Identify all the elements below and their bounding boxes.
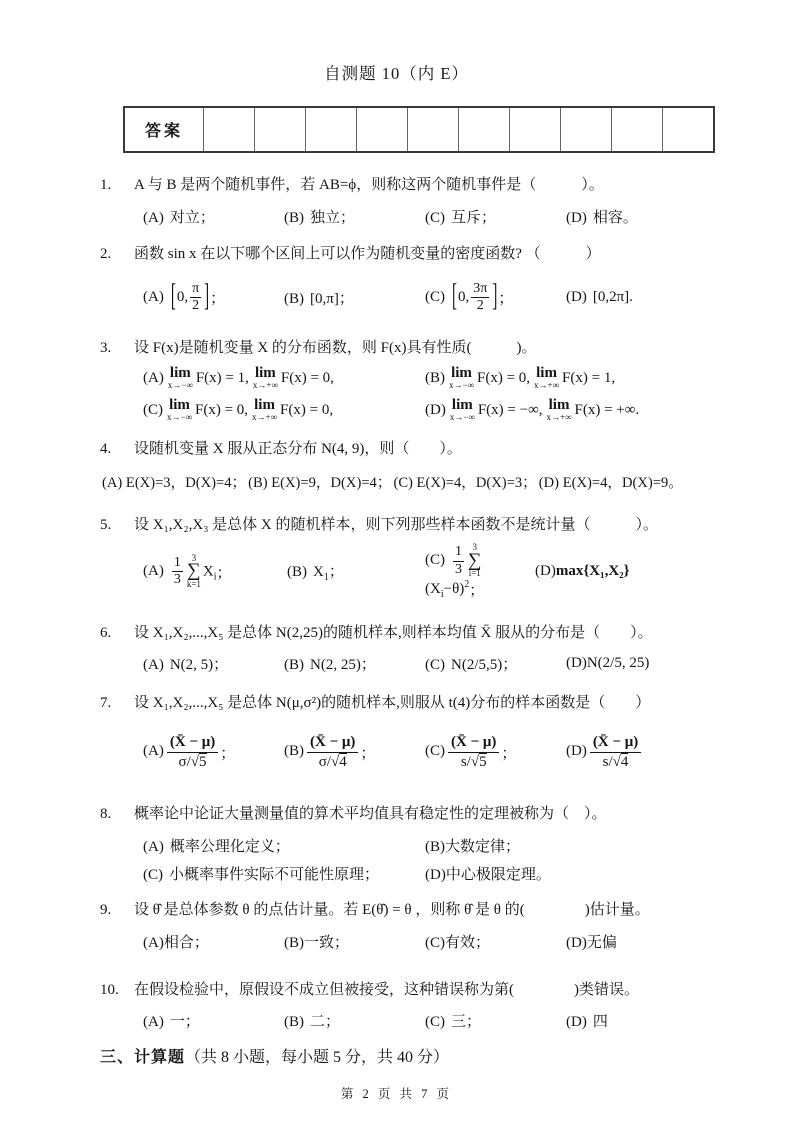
radical-sign: √ (471, 754, 479, 770)
question-10-stem: 10. 在假设检验中，原假设不成立但被接受，这种错误称为第( )类错误。 (100, 980, 735, 1002)
question-4-stem: 4. 设随机变量 X 服从正态分布 N(4, 9)，则（ ）。 (100, 439, 735, 461)
fraction: 3π2 (471, 281, 489, 314)
page: 自测题 10（内 E） 答案 1. A 与 B 是两个随机事件，若 AB=ϕ，则… (0, 0, 793, 1102)
question-3-options: (A) limx→−∞ F(x) = 1, limx→+∞ F(x) = 0, … (143, 366, 735, 423)
limit: limx→+∞ (547, 398, 572, 423)
option-d: (D)无偏 (566, 931, 617, 952)
option-d: (D)N(2/5, 25) (566, 655, 649, 672)
question-text: 在假设检验中，原假设不成立但被接受，这种错误称为第( )类错误。 (134, 980, 735, 1002)
question-2-options: (A)[0,π2]； (B)[0,π]； (C)[0,3π2]； (D)[0,2… (143, 272, 735, 324)
option-b: (B)[0,π]； (284, 287, 425, 308)
option-a: (A) limx→−∞ F(x) = 1, limx→+∞ F(x) = 0, (143, 366, 425, 391)
question-8: 8. 概率论中论证大量测量值的算术平均值具有稳定性的定理被称为（ ）。 (A)概… (100, 804, 735, 884)
limit: limx→−∞ (167, 398, 192, 423)
question-number: 1. (100, 175, 134, 197)
option-d: (D)[0,2π]. (566, 289, 633, 306)
answer-cell (357, 107, 408, 152)
question-10-options: (A)一； (B)二； (C)三； (D)四 (143, 1010, 735, 1031)
question-6-options: (A)N(2, 5)； (B)N(2, 25)； (C)N(2/5,5)； (D… (143, 653, 735, 674)
fraction: (X̄ − μ)σ/√4 (307, 733, 358, 772)
question-number: 3. (100, 338, 134, 360)
option-d: (D)四 (566, 1010, 608, 1031)
option-b: (B)独立； (284, 206, 425, 227)
option-b: (B)二； (284, 1010, 425, 1031)
fraction: (X̄ − μ)s/√4 (590, 733, 641, 772)
question-4: 4. 设随机变量 X 服从正态分布 N(4, 9)，则（ ）。 (A) E(X)… (100, 439, 735, 492)
section-heading: 三、计算题（共 8 小题，每小题 5 分，共 40 分） (100, 1044, 735, 1067)
question-3: 3. 设 F(x)是随机变量 X 的分布函数，则 F(x)具有性质( )。 (A… (100, 338, 735, 424)
question-1-stem: 1. A 与 B 是两个随机事件，若 AB=ϕ，则称这两个随机事件是（ ）。 (100, 175, 735, 197)
question-6-stem: 6. 设 X₁,X₂,...,X₅ 是总体 N(2,25)的随机样本,则样本均值… (100, 623, 735, 645)
option-a: (A)一； (143, 1010, 284, 1031)
answer-cell (204, 107, 255, 152)
question-number: 5. (100, 515, 134, 537)
option-c: (C)小概率事件实际不可能性原理； (143, 863, 425, 884)
question-8-options: (A)概率公理化定义； (B)大数定律； (C)小概率事件实际不可能性原理； (… (143, 835, 735, 884)
option-c: (C)有效； (425, 931, 566, 952)
question-5: 5. 设 X₁,X₂,X₃ 是总体 X 的随机样本，则下列那些样本函数不是统计量… (100, 515, 735, 600)
question-text: 设随机变量 X 服从正态分布 N(4, 9)，则（ ）。 (134, 439, 735, 461)
radical-sign: √ (191, 754, 199, 770)
question-5-options: (A)133∑k=1Xi； (B)X1； (C)133∑i=1(Xi−θ)2； … (143, 544, 735, 600)
fraction: 13 (172, 555, 183, 588)
answer-cell (561, 107, 612, 152)
answer-table-row: 答案 (124, 107, 714, 152)
answer-cell (612, 107, 663, 152)
option-a: (A)相合； (143, 931, 284, 952)
answer-table-label: 答案 (124, 107, 204, 152)
question-4-options: (A) E(X)=3，D(X)=4； (B) E(X)=9，D(X)=4； (C… (102, 471, 735, 492)
section-heading-title: 三、计算题 (100, 1049, 185, 1066)
question-text: 概率论中论证大量测量值的算术平均值具有稳定性的定理被称为（ ）。 (134, 804, 735, 826)
fraction: (X̄ − μ)σ/√5 (167, 733, 218, 772)
fraction: 13 (453, 544, 464, 577)
question-text: 设 F(x)是随机变量 X 的分布函数，则 F(x)具有性质( )。 (134, 338, 735, 360)
question-7: 7. 设 X₁,X₂,...,X₅ 是总体 N(μ,σ²)的随机样本,则服从 t… (100, 693, 735, 781)
question-10: 10. 在假设检验中，原假设不成立但被接受，这种错误称为第( )类错误。 (A)… (100, 980, 735, 1032)
limit: limx→−∞ (168, 366, 193, 391)
limit: limx→+∞ (253, 366, 278, 391)
option-a: (A)概率公理化定义； (143, 835, 425, 856)
answer-cell (459, 107, 510, 152)
option-c: (C) E(X)=4，D(X)=3； (393, 471, 536, 492)
question-text: A 与 B 是两个随机事件，若 AB=ϕ，则称这两个随机事件是（ ）。 (134, 175, 735, 197)
option-a: (A) E(X)=3，D(X)=4； (102, 471, 246, 492)
question-text: 设 X₁,X₂,...,X₅ 是总体 N(μ,σ²)的随机样本,则服从 t(4)… (134, 693, 735, 715)
question-2-stem: 2. 函数 sin x 在以下哪个区间上可以作为随机变量的密度函数? （ ） (100, 244, 735, 266)
question-6: 6. 设 X₁,X₂,...,X₅ 是总体 N(2,25)的随机样本,则样本均值… (100, 623, 735, 675)
question-text: 设 X₁,X₂,...,X₅ 是总体 N(2,25)的随机样本,则样本均值 X̄… (134, 623, 735, 645)
max-expression: max{X₁,X₂} (556, 563, 630, 579)
option-c: (C)(X̄ − μ)s/√5； (425, 733, 566, 772)
question-number: 9. (100, 900, 134, 922)
option-d: (D)(X̄ − μ)s/√4 (566, 733, 643, 772)
answer-cell (510, 107, 561, 152)
left-bracket: [ (451, 280, 458, 316)
radical-sign: √ (331, 754, 339, 770)
question-5-stem: 5. 设 X₁,X₂,X₃ 是总体 X 的随机样本，则下列那些样本函数不是统计量… (100, 515, 735, 537)
question-1: 1. A 与 B 是两个随机事件，若 AB=ϕ，则称这两个随机事件是（ ）。 (… (100, 175, 735, 227)
fraction: π2 (190, 281, 201, 314)
option-a: (A)133∑k=1Xi； (143, 554, 287, 590)
question-3-stem: 3. 设 F(x)是随机变量 X 的分布函数，则 F(x)具有性质( )。 (100, 338, 735, 360)
option-d: (D)相容。 (566, 206, 638, 227)
question-number: 7. (100, 693, 134, 715)
option-a: (A)[0,π2]； (143, 281, 284, 314)
option-b: (B) limx→−∞ F(x) = 0, limx→+∞ F(x) = 1, (425, 366, 735, 391)
question-1-options: (A)对立； (B)独立； (C)互斥； (D)相容。 (143, 206, 735, 227)
answer-table: 答案 (123, 106, 715, 153)
option-c: (C)133∑i=1(Xi−θ)2； (425, 543, 535, 600)
limit: limx→+∞ (534, 366, 559, 391)
option-a: (A)(X̄ − μ)σ/√5； (143, 733, 284, 772)
option-b: (B)X1； (287, 560, 425, 583)
limit: limx→+∞ (252, 398, 277, 423)
option-c: (C)互斥； (425, 206, 566, 227)
page-title: 自测题 10（内 E） (58, 60, 735, 84)
question-number: 10. (100, 980, 134, 1002)
question-7-stem: 7. 设 X₁,X₂,...,X₅ 是总体 N(μ,σ²)的随机样本,则服从 t… (100, 693, 735, 715)
answer-cell (663, 107, 715, 152)
question-9: 9. 设 θ̂ 是总体参数 θ 的点估计量。若 E(θ̂) = θ ，则称 θ̂… (100, 900, 735, 952)
question-number: 8. (100, 804, 134, 826)
option-b: (B)大数定律； (425, 835, 735, 856)
summation: 3∑k=1 (187, 554, 201, 590)
question-9-stem: 9. 设 θ̂ 是总体参数 θ 的点估计量。若 E(θ̂) = θ ，则称 θ̂… (100, 900, 735, 922)
option-a: (A)对立； (143, 206, 284, 227)
option-b: (B)一致； (284, 931, 425, 952)
fraction: (X̄ − μ)s/√5 (448, 733, 499, 772)
option-c: (C)三； (425, 1010, 566, 1031)
left-bracket: [ (170, 280, 177, 316)
limit: limx→−∞ (450, 398, 475, 423)
section-heading-detail: （共 8 小题，每小题 5 分，共 40 分） (185, 1049, 449, 1066)
page-footer: 第 2 页 共 7 页 (58, 1084, 735, 1102)
question-number: 6. (100, 623, 134, 645)
option-c: (C) limx→−∞ F(x) = 0, limx→+∞ F(x) = 0, (143, 398, 425, 423)
option-a: (A)N(2, 5)； (143, 653, 284, 674)
question-8-stem: 8. 概率论中论证大量测量值的算术平均值具有稳定性的定理被称为（ ）。 (100, 804, 735, 826)
option-b: (B)N(2, 25)； (284, 653, 425, 674)
right-bracket: ] (203, 280, 210, 316)
answer-cell (408, 107, 459, 152)
question-2: 2. 函数 sin x 在以下哪个区间上可以作为随机变量的密度函数? （ ） (… (100, 244, 735, 324)
question-9-options: (A)相合； (B)一致； (C)有效； (D)无偏 (143, 931, 735, 952)
question-text: 设 X₁,X₂,X₃ 是总体 X 的随机样本，则下列那些样本函数不是统计量（ ）… (134, 515, 735, 537)
answer-cell (255, 107, 306, 152)
summation: 3∑i=1 (468, 543, 482, 579)
option-c: (C)N(2/5,5)； (425, 653, 566, 674)
option-d: (D)max{X₁,X₂} (535, 563, 630, 580)
option-d: (D) E(X)=4，D(X)=9。 (539, 471, 683, 492)
question-7-options: (A)(X̄ − μ)σ/√5； (B)(X̄ − μ)σ/√4； (C)(X̄… (143, 723, 735, 781)
answer-cell (306, 107, 357, 152)
limit: limx→−∞ (449, 366, 474, 391)
option-b: (B) E(X)=9，D(X)=4； (248, 471, 391, 492)
option-d: (D) limx→−∞ F(x) = −∞, limx→+∞ F(x) = +∞… (425, 398, 735, 423)
question-text: 设 θ̂ 是总体参数 θ 的点估计量。若 E(θ̂) = θ ，则称 θ̂ 是 … (134, 900, 735, 922)
right-bracket: ] (491, 280, 498, 316)
radical-sign: √ (613, 754, 621, 770)
question-number: 4. (100, 439, 134, 461)
option-d: (D)中心极限定理。 (425, 863, 735, 884)
question-number: 2. (100, 244, 134, 266)
option-c: (C)[0,3π2]； (425, 281, 566, 314)
question-text: 函数 sin x 在以下哪个区间上可以作为随机变量的密度函数? （ ） (134, 244, 735, 266)
option-b: (B)(X̄ − μ)σ/√4； (284, 733, 425, 772)
